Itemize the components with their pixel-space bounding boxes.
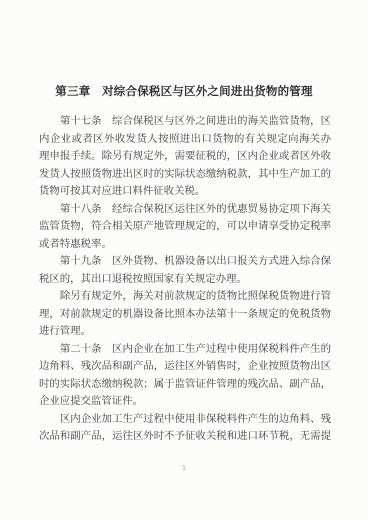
text-line: 第十九条 区外货物、机器设备以出口报关方式进入综合保 [39,253,331,271]
text-line: 企业应提交监管证件。 [39,393,331,411]
text-line: 内企业或者区外收发货人按照进出口货物的有关规定向海关办 [39,131,331,149]
page-number: 1 [0,463,368,473]
text-line: 时的实际状态缴纳税款；属于监管证件管理的残次品、副产品， [39,376,331,394]
text-line: 进行管理。 [39,323,331,341]
text-line: 或者特惠税率。 [39,236,331,254]
document-page: 第三章 对综合保税区与区外之间进出货物的管理 第十七条 综合保税区与区外之间进出… [0,0,368,520]
text-line: 货物可按其对应进口料件征收关税。 [39,183,331,201]
chapter-title: 第三章 对综合保税区与区外之间进出货物的管理 [0,84,368,98]
text-line: 区内企业加工生产过程中使用非保税料件产生的边角料、残 [39,411,331,429]
document-body: 第十七条 综合保税区与区外之间进出的海关监管货物，区 内企业或者区外收发货人按照… [39,113,331,446]
text-line: 税区的，其出口退税按照国家有关规定办理。 [39,271,331,289]
text-line: 第十七条 综合保税区与区外之间进出的海关监管货物，区 [39,113,331,131]
text-line: 第十八条 经综合保税区运往区外的优惠贸易协定项下海关 [39,201,331,219]
text-line: 除另有规定外，海关对前款规定的货物比照保税货物进行管 [39,288,331,306]
text-line: 理申报手续。除另有规定外，需要征税的，区内企业或者区外收 [39,148,331,166]
text-line: 次品和副产品，运往区外时不予征收关税和进口环节税，无需提 [39,428,331,446]
text-line: 监管货物，符合相关原产地管理规定的，可以申请享受协定税率 [39,218,331,236]
text-line: 发货人按照货物进出区时的实际状态缴纳税款，其中生产加工的 [39,166,331,184]
text-line: 第二十条 区内企业在加工生产过程中使用保税料件产生的 [39,341,331,359]
text-line: 理，对前款规定的机器设备比照本办法第十一条规定的免税货物 [39,306,331,324]
text-line: 边角料、残次品和副产品，运往区外销售时，企业按照货物出区 [39,358,331,376]
